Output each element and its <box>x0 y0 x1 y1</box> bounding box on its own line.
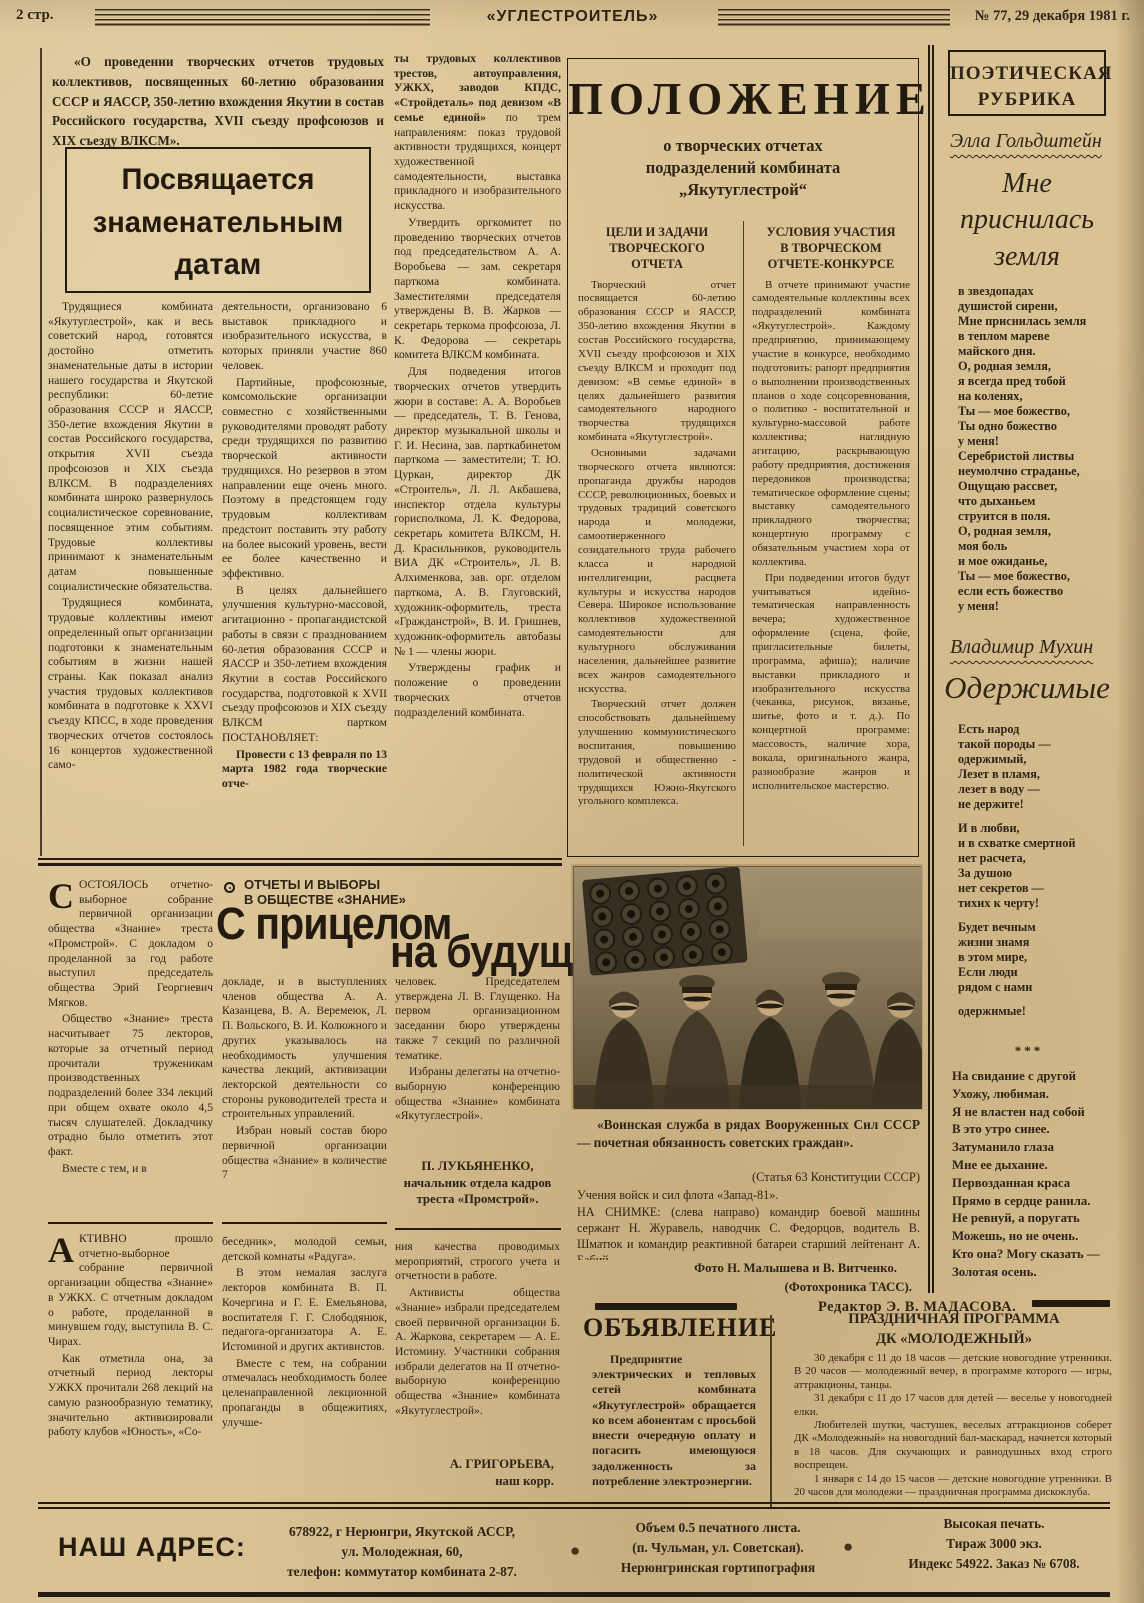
terms-heading: УСЛОВИЯ УЧАСТИЯ В ТВОРЧЕСКОМ ОТЧЕТЕ-КОНК… <box>752 225 910 273</box>
znanie-col2-top: докладе, и в выступлениях членов обществ… <box>222 975 387 1217</box>
army-photo-illustration <box>574 867 922 1109</box>
footer-rule-top-a <box>38 1502 1110 1504</box>
article-rule-col3 <box>395 1228 561 1230</box>
army-photo <box>573 866 921 1108</box>
poem3-text: На свидание с другойУхожу, любимая.Я не … <box>952 1068 1114 1290</box>
lead-headline: Посвящается знаменательным датам <box>72 159 365 287</box>
program-body: 30 декабря с 11 до 18 часов — детские но… <box>794 1352 1112 1502</box>
polozhenie-terms-column: УСЛОВИЯ УЧАСТИЯ В ТВОРЧЕСКОМ ОТЧЕТЕ-КОНК… <box>752 225 910 845</box>
lead-quote: «О проведении творческих отчетов трудовы… <box>52 52 384 148</box>
separator-dot-icon-2: ● <box>843 1538 853 1555</box>
announcement-bar <box>595 1303 737 1310</box>
footer-rule-bottom <box>38 1592 1110 1597</box>
poem2-title: Одержимые <box>942 668 1112 708</box>
article-rule-col1 <box>48 1222 213 1224</box>
znanie-col3-bottom: ния качества проводимых мероприятий, стр… <box>395 1240 560 1452</box>
polozhenie-subtitle: о творческих отчетах подразделений комби… <box>568 135 918 200</box>
print-info-block: Объем 0.5 печатного листа. (п. Чульман, … <box>608 1518 828 1578</box>
poem-separator: *** <box>950 1043 1108 1059</box>
drop-cap-s: С <box>48 878 79 912</box>
lead-column-3-opening: ты трудовых коллективов трестов, автоупр… <box>394 52 561 214</box>
znanie-col1-top-text: ОСТОЯЛОСЬ отчетно-выборное собрание перв… <box>48 878 213 1176</box>
poem1-author: Элла Гольдштейн <box>950 130 1102 153</box>
drop-cap-a: А <box>48 1232 79 1266</box>
lead-resolution: Провести с 13 февраля по 13 марта 1982 г… <box>222 748 387 792</box>
znanie-col2-bottom: беседник», молодой семьи, детской комнат… <box>222 1235 387 1487</box>
signature-2-role: наш корр. <box>395 1473 554 1490</box>
article-rule-col2 <box>222 1222 387 1224</box>
kicker-bullseye-icon <box>224 882 235 893</box>
polozhenie-box: ПОЛОЖЕНИЕ о творческих отчетах подраздел… <box>567 58 919 857</box>
announcement-body: Предприятие электрических и тепловых сет… <box>592 1352 756 1502</box>
poetry-rubric: ПОЭТИЧЕСКАЯ РУБРИКА <box>950 52 1104 112</box>
lead-column-3: ты трудовых коллективов трестов, автоупр… <box>394 52 561 858</box>
announcement-title: ОБЪЯВЛЕНИЕ <box>583 1313 759 1343</box>
print-run-block: Высокая печать. Тираж 3000 экз. Индекс 5… <box>870 1514 1118 1574</box>
terms-text: В отчете принимают участие самодеятельны… <box>752 279 910 794</box>
znanie-col1-bottom: А КТИВНО прошло отчетно-выборное собрани… <box>48 1232 213 1490</box>
editor-bar <box>1032 1300 1110 1307</box>
poem1-text: в звездопадахдушистой сирени,Мне приснил… <box>958 284 1113 618</box>
lead-column-1: Трудящиеся комбината «Якутуглестрой», ка… <box>48 300 213 858</box>
signature-1-name: П. ЛУКЬЯНЕНКО, <box>395 1158 560 1175</box>
address-block: 678922, г Нерюнгри, Якутской АССР, ул. М… <box>252 1522 552 1582</box>
separator-dot-icon: ● <box>570 1542 580 1559</box>
header-rule-right <box>718 9 950 26</box>
goals-heading: ЦЕЛИ И ЗАДАЧИ ТВОРЧЕСКОГО ОТЧЕТА <box>578 225 736 273</box>
poem2-text: Есть народтакой породы —одержимый,Лезет … <box>958 722 1113 1040</box>
polozhenie-goals-column: ЦЕЛИ И ЗАДАЧИ ТВОРЧЕСКОГО ОТЧЕТА Творчес… <box>578 225 736 845</box>
masthead-title: «УГЛЕСТРОИТЕЛЬ» <box>435 8 710 26</box>
section-rule-thin <box>38 858 562 860</box>
lead-column-2-text: деятельности, организовано 6 выставок пр… <box>222 300 387 746</box>
lead-devise-rest: по трем направлениям: показ трудовой акт… <box>394 111 561 212</box>
photo-agency: (Фотохроника ТАСС). <box>577 1280 912 1295</box>
header-rule-left <box>95 9 430 26</box>
znanie-col3-top: человек. Председателем утверждена Л. В. … <box>395 975 560 1155</box>
signature-grigoryeva: А. ГРИГОРЬЕВА, наш корр. <box>395 1456 560 1489</box>
poetry-rubric-box: ПОЭТИЧЕСКАЯ РУБРИКА <box>948 50 1106 116</box>
signature-2-name: А. ГРИГОРЬЕВА, <box>395 1456 554 1473</box>
program-title: ПРАЗДНИЧНАЯ ПРОГРАММА ДК «МОЛОДЕЖНЫЙ» <box>796 1310 1112 1349</box>
lead-column-2: деятельности, организовано 6 выставок пр… <box>222 300 387 858</box>
lead-column-3-text: Утвердить оргкомитет по проведению творч… <box>394 216 561 720</box>
photo-caption-line: Учения войск и сил флота «Запад-81». <box>577 1188 920 1203</box>
photo-caption: «Воинская служба в рядах Вооруженных Сил… <box>577 1116 920 1170</box>
poem2-author: Владимир Мухин <box>950 636 1093 659</box>
signature-lukyanenko: П. ЛУКЬЯНЕНКО, начальник отдела кадров т… <box>395 1158 560 1208</box>
signature-1-role: начальник отдела кадров треста «Промстро… <box>395 1175 560 1208</box>
photo-caption-source: (Статья 63 Конституции СССР) <box>577 1170 920 1185</box>
polozhenie-title: ПОЛОЖЕНИЕ <box>568 73 918 125</box>
issue-date-label: № 77, 29 декабря 1981 г. <box>930 8 1130 25</box>
poem1-title: Мне приснилась земля <box>942 166 1112 275</box>
goals-text: Творческий отчет посвящается 60-летию об… <box>578 279 736 810</box>
newspaper-page: 2 стр. «УГЛЕСТРОИТЕЛЬ» № 77, 29 декабря … <box>0 0 1144 1603</box>
page-number-label: 2 стр. <box>16 7 54 24</box>
poetry-double-rule <box>928 45 934 1293</box>
left-column-rule <box>40 48 42 856</box>
polozhenie-column-divider <box>743 221 744 846</box>
footer-rule-top-b <box>38 1507 1110 1509</box>
announcement-program-divider <box>770 1315 772 1507</box>
photo-caption-description: НА СНИМКЕ: (слева направо) командир боев… <box>577 1204 920 1260</box>
address-label: НАШ АДРЕС: <box>58 1532 246 1563</box>
section-rule-thick <box>38 863 562 866</box>
photo-credit: Фото Н. Малышева и В. Витченко. <box>577 1261 897 1276</box>
lead-headline-box: Посвящается знаменательным датам <box>65 147 371 293</box>
znanie-col1-top: С ОСТОЯЛОСЬ отчетно-выборное собрание пе… <box>48 878 213 1216</box>
